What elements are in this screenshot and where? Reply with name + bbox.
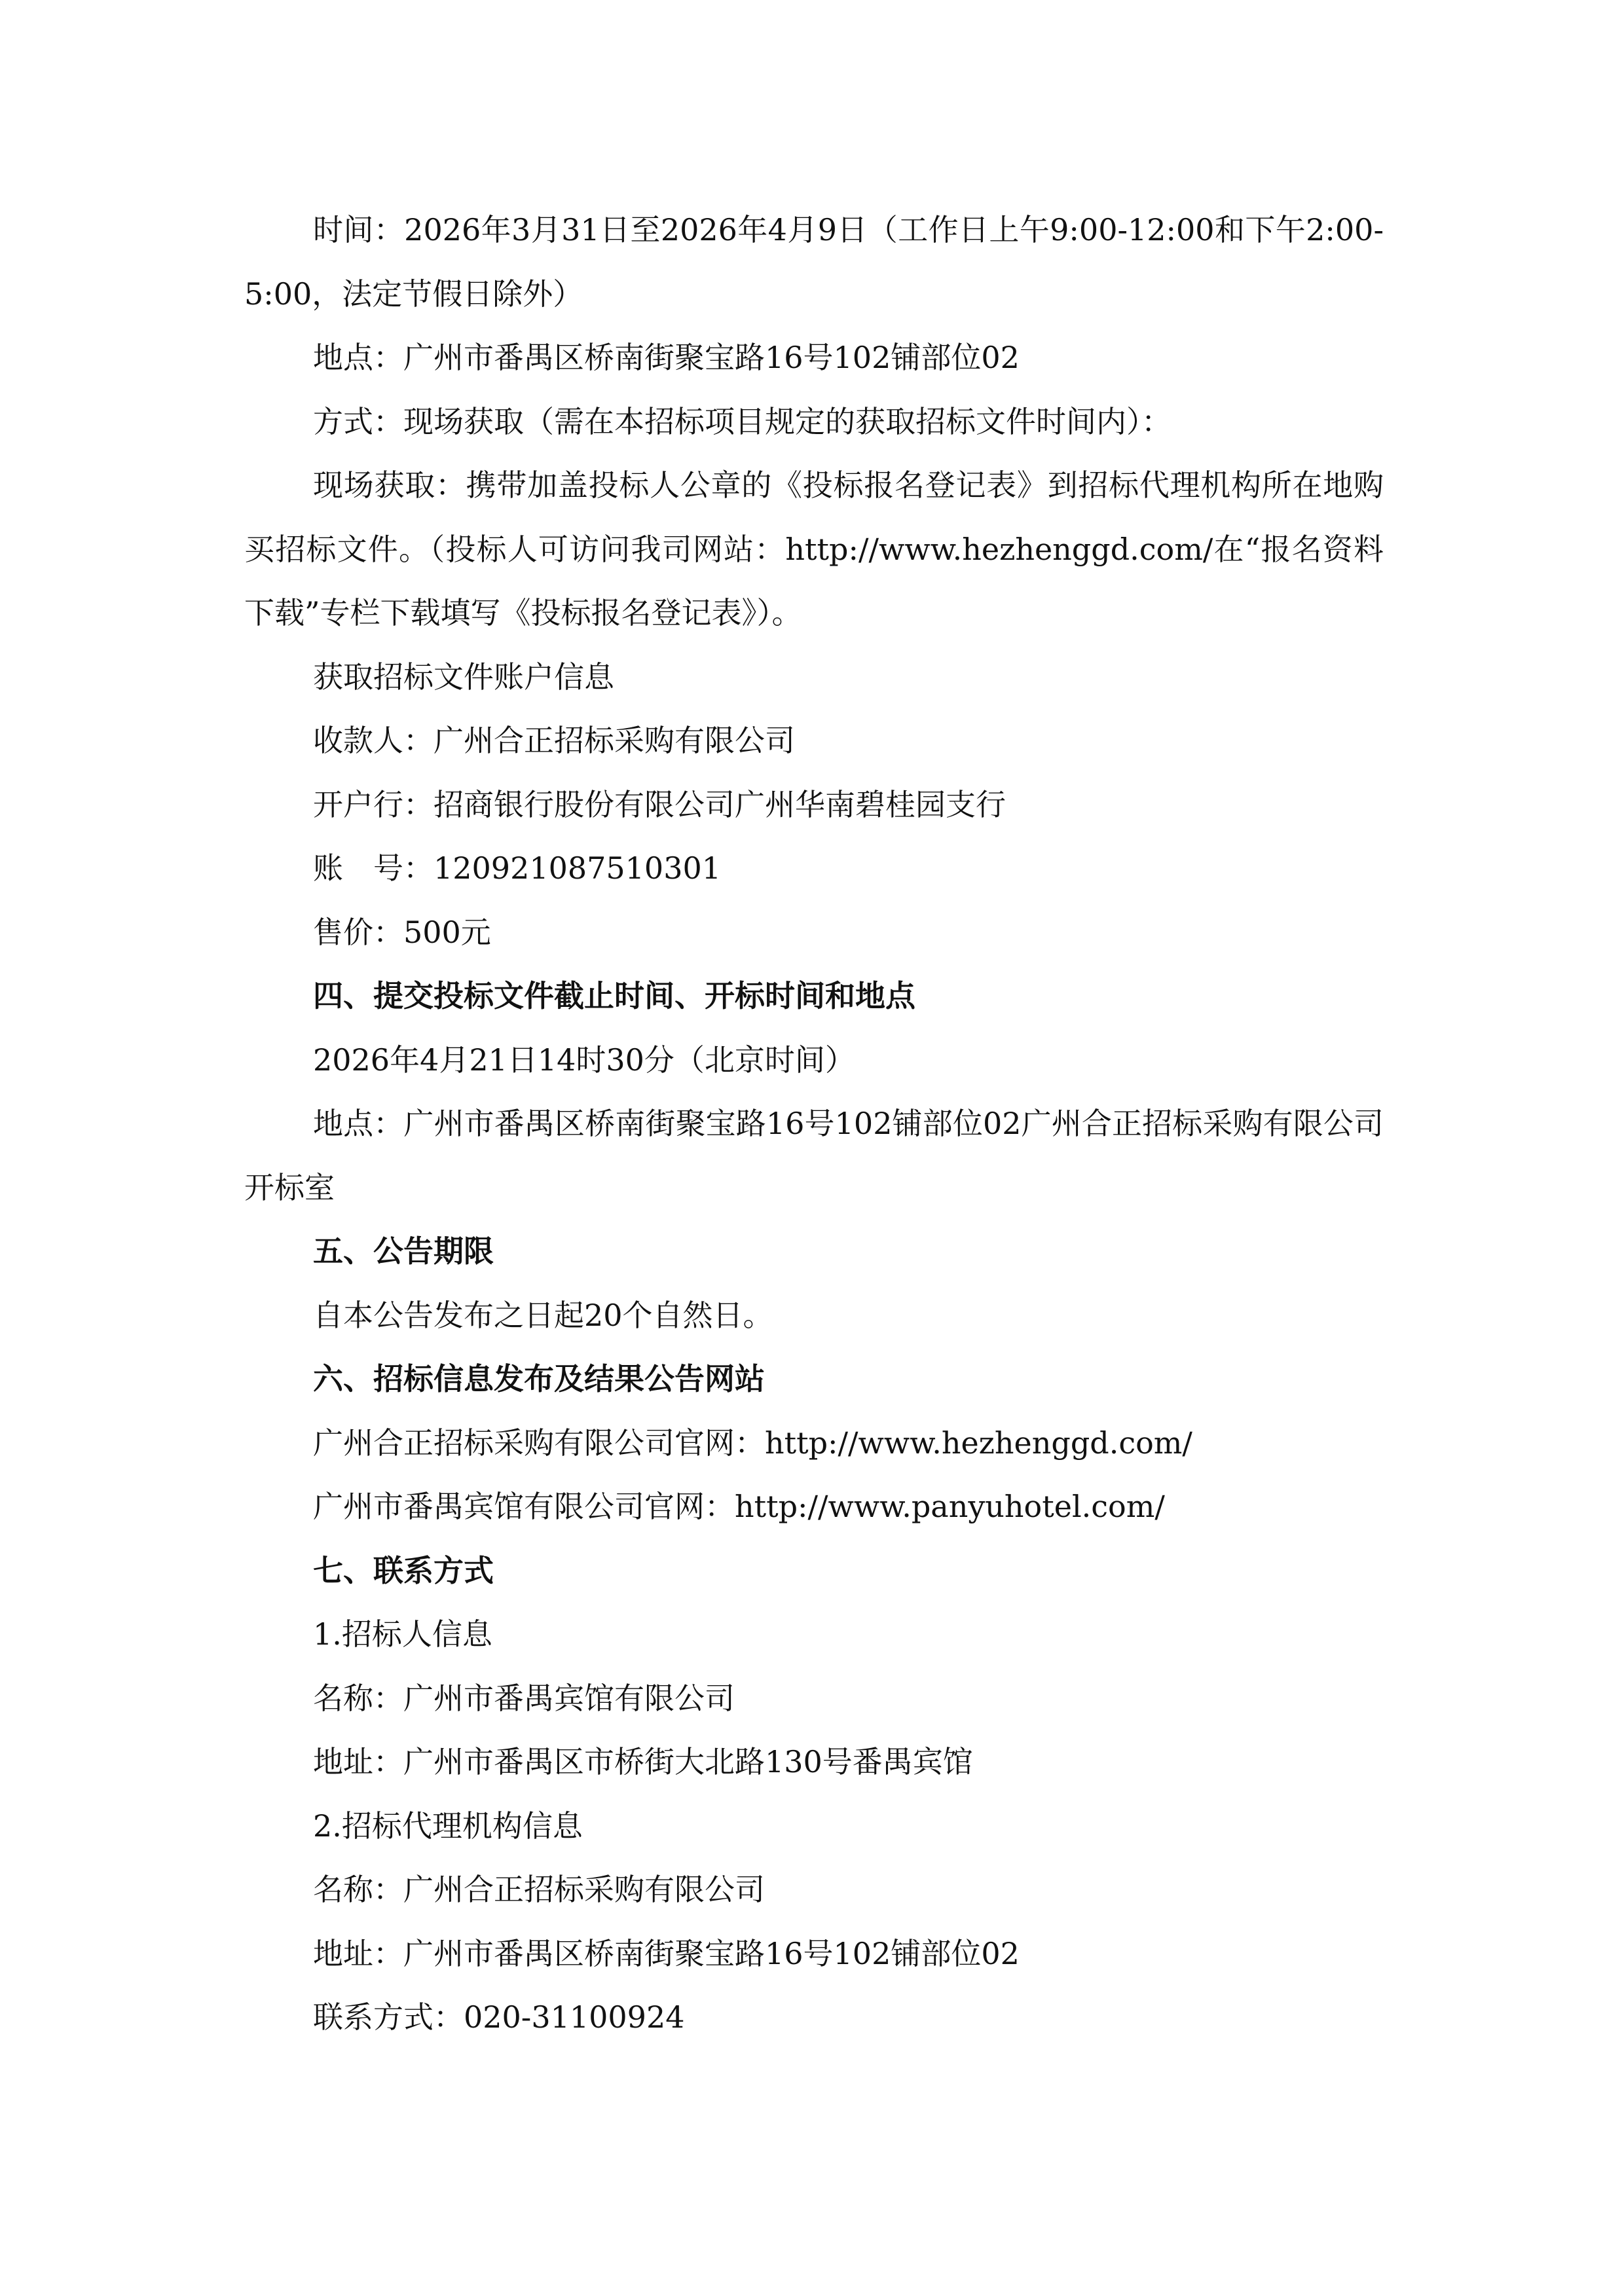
- agency-website: 广州合正招标采购有限公司官网：http://www.hezhenggd.com/: [244, 1412, 1384, 1476]
- price: 售价：500元: [244, 901, 1384, 965]
- tenderer-name: 名称：广州市番禺宾馆有限公司: [244, 1667, 1384, 1731]
- section-heading-7: 七、联系方式: [244, 1539, 1384, 1603]
- tenderer-address: 地址：广州市番禺区市桥街大北路130号番禺宾馆: [244, 1730, 1384, 1795]
- section-heading-4: 四、提交投标文件截止时间、开标时间和地点: [244, 964, 1384, 1029]
- section-heading-5: 五、公告期限: [244, 1220, 1384, 1284]
- section-heading-6: 六、招标信息发布及结果公告网站: [244, 1347, 1384, 1412]
- payee: 收款人：广州合正招标采购有限公司: [244, 709, 1384, 773]
- registration-location: 地点：广州市番禺区桥南街聚宝路16号102铺部位02: [244, 326, 1384, 390]
- bid-opening-location: 地点：广州市番禺区桥南街聚宝路16号102铺部位02广州合正招标采购有限公司开标…: [244, 1092, 1384, 1220]
- agency-info-title: 2.招标代理机构信息: [244, 1795, 1384, 1859]
- tenderer-info-title: 1.招标人信息: [244, 1603, 1384, 1667]
- hotel-website: 广州市番禺宾馆有限公司官网：http://www.panyuhotel.com/: [244, 1475, 1384, 1539]
- registration-method: 方式：现场获取（需在本招标项目规定的获取招标文件时间内）：: [244, 390, 1384, 454]
- agency-name: 名称：广州合正招标采购有限公司: [244, 1858, 1384, 1922]
- account-info-title: 获取招标文件账户信息: [244, 646, 1384, 710]
- announcement-period: 自本公告发布之日起20个自然日。: [244, 1284, 1384, 1348]
- bid-deadline: 2026年4月21日14时30分（北京时间）: [244, 1029, 1384, 1093]
- onsite-acquisition-instructions: 现场获取：携带加盖投标人公章的《投标报名登记表》到招标代理机构所在地购买招标文件…: [244, 454, 1384, 646]
- document-page: 时间：2026年3月31日至2026年4月9日（工作日上午9:00-12:00和…: [244, 198, 1384, 2050]
- account-number: 账 号：120921087510301: [244, 837, 1384, 901]
- registration-time: 时间：2026年3月31日至2026年4月9日（工作日上午9:00-12:00和…: [244, 198, 1384, 326]
- agency-address: 地址：广州市番禺区桥南街聚宝路16号102铺部位02: [244, 1922, 1384, 1986]
- bank-name: 开户行：招商银行股份有限公司广州华南碧桂园支行: [244, 773, 1384, 837]
- agency-phone: 联系方式：020-31100924: [244, 1986, 1384, 2050]
